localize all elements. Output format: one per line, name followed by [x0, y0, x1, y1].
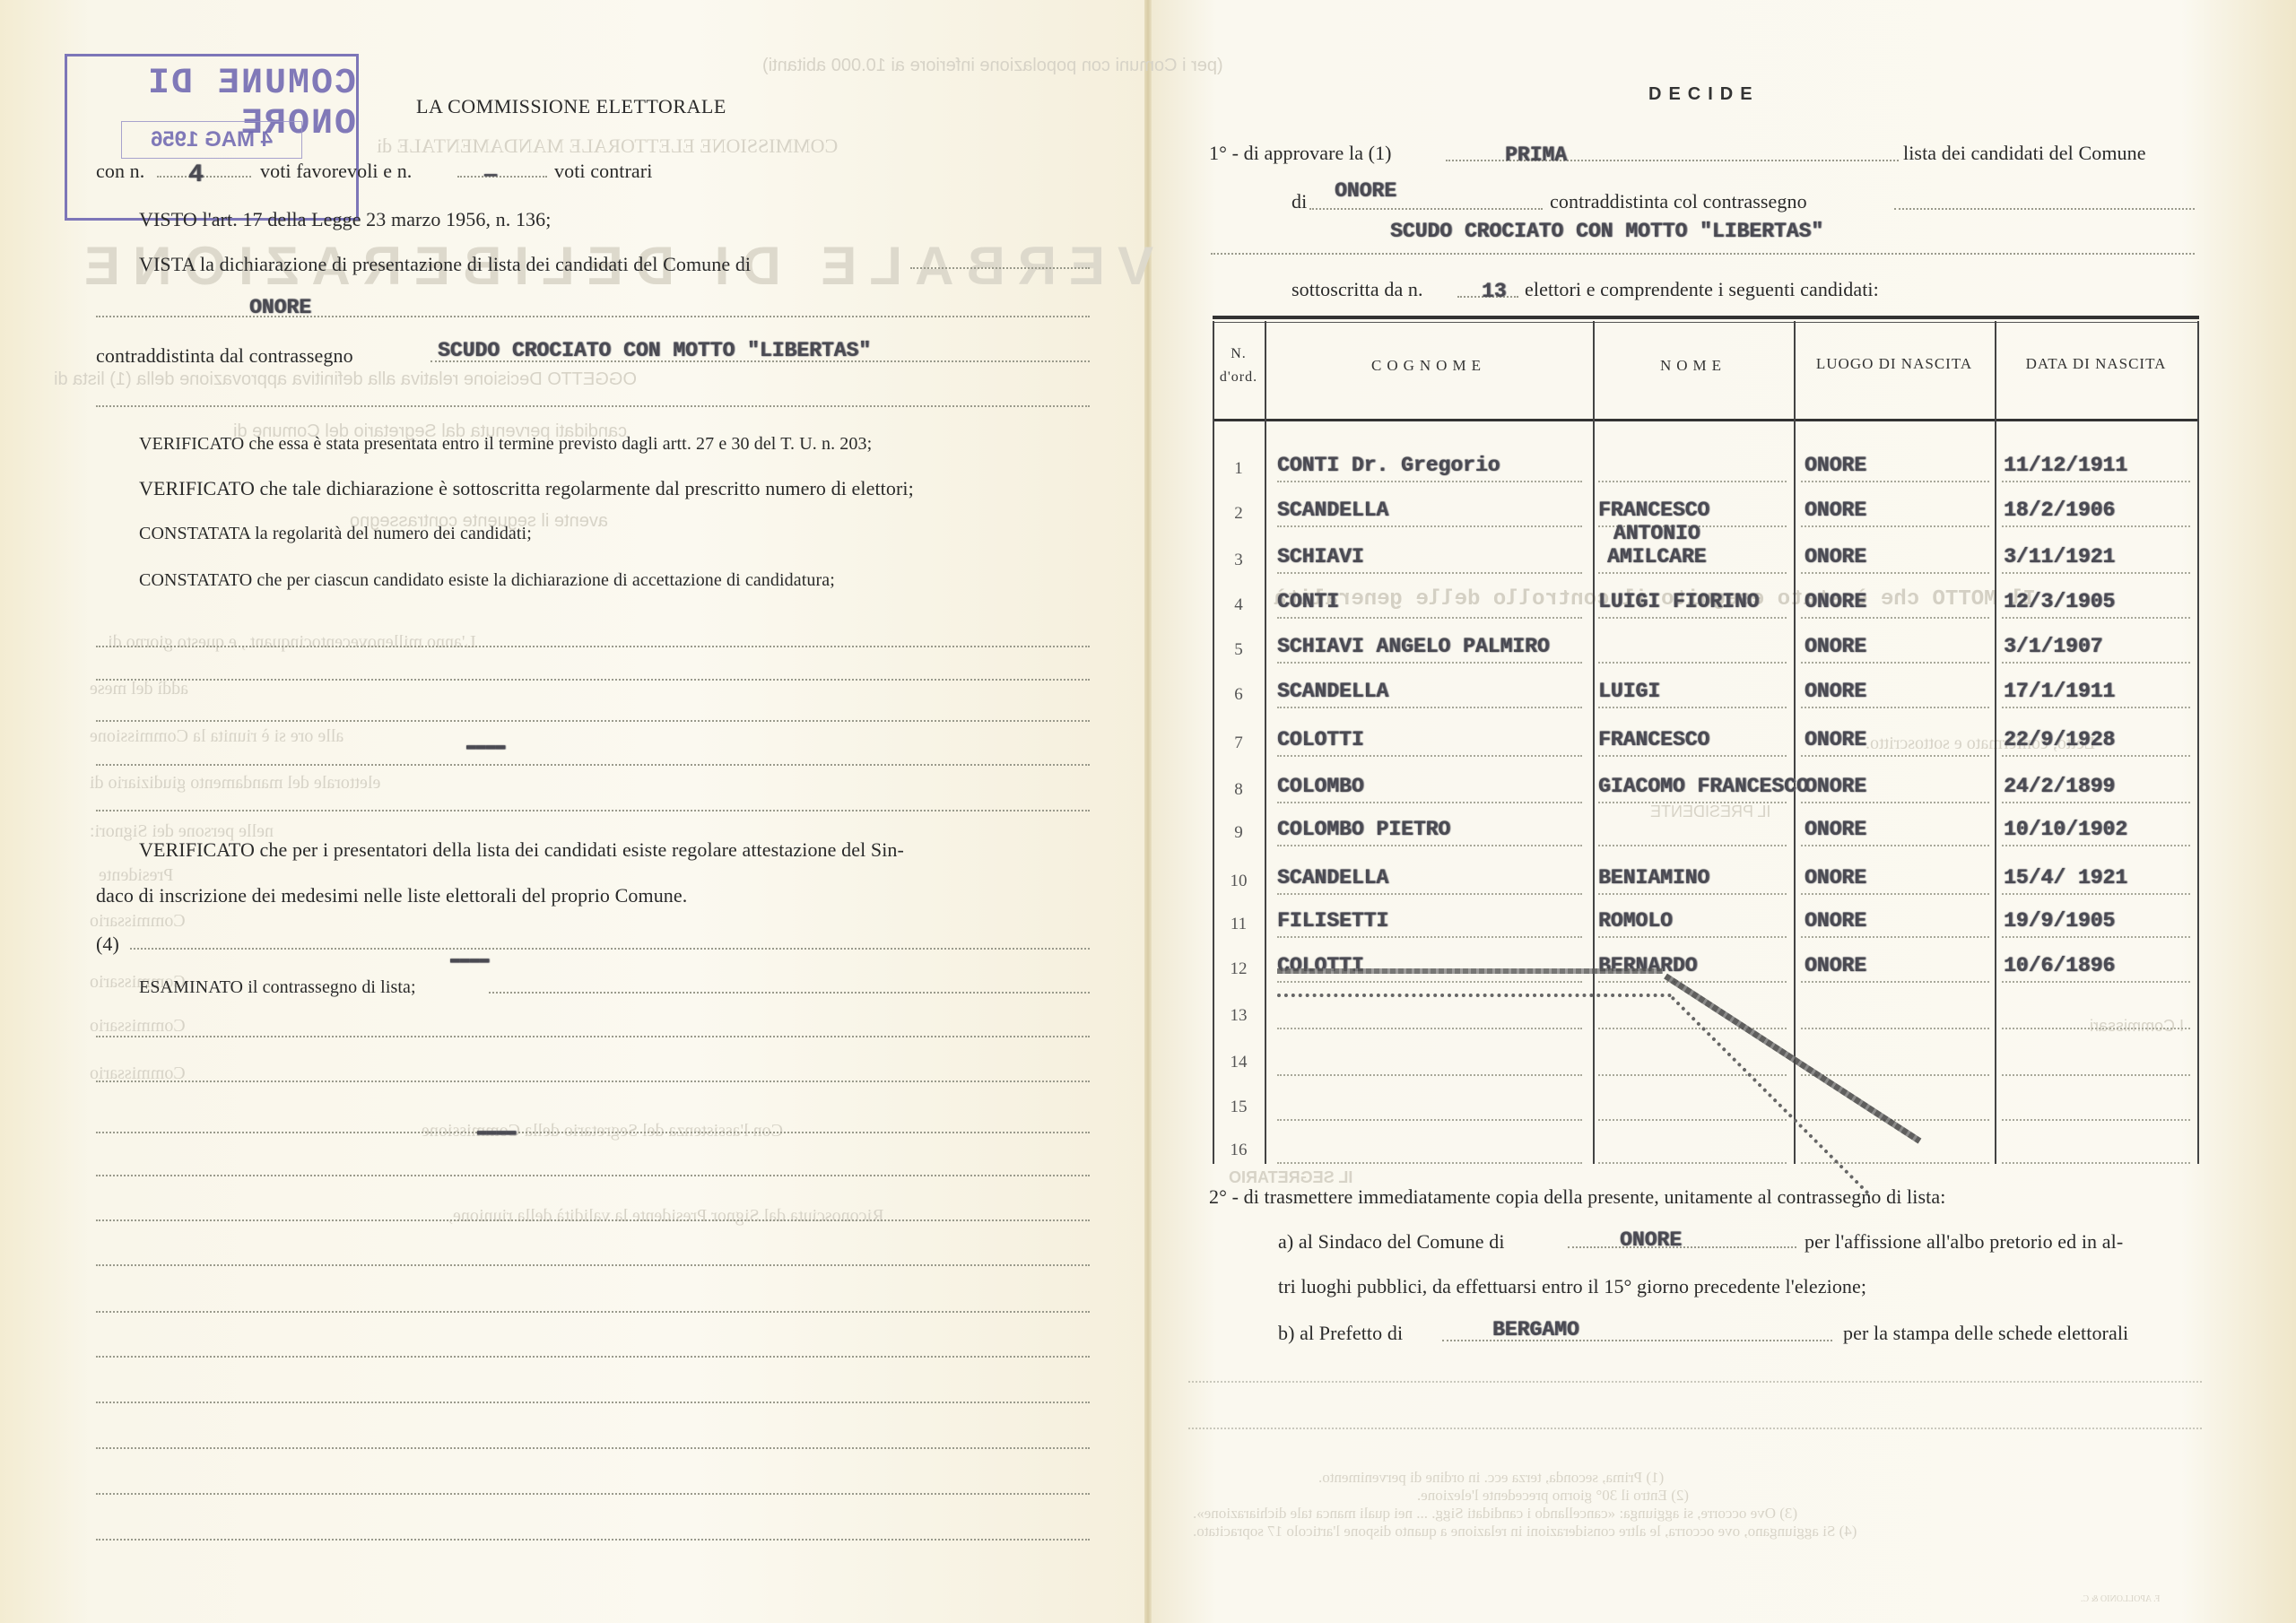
- cell-data: 18/2/1906: [2004, 499, 2115, 522]
- cell-luogo: ONORE: [1805, 866, 1866, 890]
- dotted-line: [1894, 208, 2195, 210]
- header-data: DATA DI NASCITA: [1995, 355, 2197, 373]
- item2b-value: BERGAMO: [1492, 1318, 1579, 1341]
- row-dotted-line: [1598, 755, 1787, 757]
- row-dotted-line: [1598, 893, 1787, 895]
- row-dotted-line: [2002, 481, 2190, 482]
- row-dotted-line: [1801, 845, 1989, 846]
- header-rule: [1266, 419, 1593, 421]
- cell-luogo: ONORE: [1805, 545, 1866, 568]
- row-dotted-line: [1598, 617, 1787, 619]
- cell-cognome: CONTI: [1277, 590, 1339, 613]
- stamp-date: 4 MAG 1956: [121, 121, 302, 159]
- cell-luogo: ONORE: [1805, 680, 1866, 703]
- dotted-line: [1211, 253, 2195, 255]
- table-border: [1265, 321, 1266, 1164]
- decide-heading: DECIDE: [1648, 84, 1760, 105]
- item2a-value: ONORE: [1620, 1228, 1682, 1252]
- cell-cognome: SCANDELLA: [1277, 499, 1388, 522]
- constatata: CONSTATATA la regolarità del numero dei …: [139, 524, 532, 544]
- row-dotted-line: [2002, 1119, 2190, 1121]
- cell-luogo: ONORE: [1805, 590, 1866, 613]
- showthrough-footnote: (4) Si aggiungano, ove occorra, le altre…: [1193, 1523, 1857, 1541]
- row-dotted-line: [2002, 662, 2190, 664]
- comune-value: ONORE: [249, 296, 311, 319]
- cell-cognome: SCANDELLA: [1277, 680, 1388, 703]
- sottoscritta-value: 13: [1482, 280, 1507, 303]
- dotted-line: [130, 948, 1090, 950]
- dotted-line: [96, 1356, 1090, 1358]
- row-dotted-line: [2002, 893, 2190, 895]
- cell-data: 22/9/1928: [2004, 728, 2115, 751]
- votes-middle: voti favorevoli e n.: [260, 160, 412, 183]
- cell-cognome: SCHIAVI: [1277, 545, 1364, 568]
- votes-favorable: 4: [188, 161, 204, 189]
- contrassegno-label: contraddistinta col contrassegno: [1550, 190, 1807, 213]
- row-dotted-line: [1801, 662, 1989, 664]
- dotted-line: [96, 810, 1090, 811]
- cell-cognome: COLOTTI: [1277, 728, 1364, 751]
- cell-luogo: ONORE: [1805, 818, 1866, 841]
- header-rule: [1595, 419, 1794, 421]
- dotted-line: [1568, 1246, 1796, 1248]
- header-num: N. d'ord.: [1213, 343, 1265, 389]
- cell-data: 19/9/1905: [2004, 909, 2115, 933]
- row-dotted-line: [1598, 707, 1787, 708]
- cell-data: 12/3/1905: [2004, 590, 2115, 613]
- item1-value: PRIMA: [1505, 143, 1567, 167]
- cell-luogo: ONORE: [1805, 635, 1866, 658]
- row-dotted-line: [2002, 936, 2190, 938]
- row-dotted-line: [2002, 845, 2190, 846]
- row-dotted-line: [1598, 572, 1787, 574]
- redacted-mark: ▬▬▬▬: [450, 950, 489, 968]
- row-dotted-line: [1801, 1028, 1989, 1029]
- dotted-line: [96, 1447, 1090, 1449]
- row-number: 9: [1216, 823, 1261, 843]
- dotted-line: [157, 176, 251, 178]
- redacted-mark: ▬▬▬▬: [466, 737, 505, 755]
- contrassegno-value: SCUDO CROCIATO CON MOTTO "LIBERTAS": [438, 339, 871, 362]
- row-dotted-line: [1598, 936, 1787, 938]
- verificato-3-line1: VERIFICATO che per i presentatori della …: [139, 838, 904, 862]
- item2a-suffix: per l'affissione all'albo pretorio ed in…: [1805, 1230, 2123, 1254]
- item2a-prefix: a) al Sindaco del Comune di: [1278, 1230, 1505, 1254]
- showthrough-footnote: (3) Ove occorre, si aggiunga: «cancellan…: [1193, 1505, 1797, 1523]
- cell-data: 10/6/1896: [2004, 954, 2115, 977]
- item2a-line2: tri luoghi pubblici, da effettuarsi entr…: [1278, 1275, 1866, 1298]
- dotted-line: [457, 176, 547, 178]
- row-dotted-line: [1801, 1162, 1989, 1164]
- table-border: [1213, 321, 1214, 1164]
- row-dotted-line: [1277, 1162, 1582, 1164]
- row-number: 12: [1216, 959, 1261, 979]
- row-dotted-line: [1277, 572, 1582, 574]
- contrassegno-value: SCUDO CROCIATO CON MOTTO "LIBERTAS": [1390, 220, 1823, 243]
- dotted-line: [96, 1539, 1090, 1541]
- dotted-line: [96, 1081, 1090, 1082]
- di-label: di: [1291, 190, 1307, 213]
- dotted-line: [96, 646, 1090, 647]
- dotted-line: [1188, 1428, 2202, 1429]
- showthrough-line: Riconosciuta dal Signor Presidente la va…: [448, 1206, 883, 1227]
- row-dotted-line: [2002, 707, 2190, 708]
- cell-data: 24/2/1899: [2004, 775, 2115, 798]
- dotted-line: [96, 1311, 1090, 1313]
- dotted-line: [96, 1175, 1090, 1176]
- cell-luogo: ONORE: [1805, 775, 1866, 798]
- table-border: [2197, 321, 2199, 1164]
- dotted-line: [96, 1219, 1090, 1221]
- cell-nome: ROMOLO: [1598, 909, 1673, 933]
- row-dotted-line: [1598, 845, 1787, 846]
- showthrough-footnote: (1) Prima, seconda, terza ecc. in ordine…: [1318, 1469, 1664, 1487]
- item1-suffix: lista dei candidati del Comune: [1903, 142, 2146, 165]
- cell-data: 11/12/1911: [2004, 454, 2127, 477]
- header-rule: [1214, 419, 1265, 421]
- row-dotted-line: [1277, 525, 1582, 527]
- row-number: 14: [1216, 1053, 1261, 1072]
- row-number: 3: [1216, 551, 1261, 570]
- table-border: [1995, 321, 1996, 1164]
- row-dotted-line: [1801, 981, 1989, 983]
- cell-luogo: ONORE: [1805, 454, 1866, 477]
- dotted-line: [1188, 1381, 2202, 1383]
- header-luogo: LUOGO DI NASCITA: [1794, 355, 1995, 373]
- cell-cognome: SCHIAVI ANGELO PALMIRO: [1277, 635, 1550, 658]
- municipal-stamp: COMUNE DI ONORE 4 MAG 1956: [65, 54, 359, 221]
- item2b-suffix: per la stampa delle schede elettorali: [1843, 1322, 2128, 1345]
- dotted-line: [910, 267, 1090, 269]
- row-dotted-line: [1277, 936, 1582, 938]
- row-dotted-line: [1801, 936, 1989, 938]
- row-number: 7: [1216, 733, 1261, 753]
- row-dotted-line: [2002, 755, 2190, 757]
- showthrough-commission: COMMISSIONE ELETTORALE MANDAMENTALE di: [377, 135, 838, 158]
- header-cognome: COGNOME: [1265, 357, 1593, 375]
- row-dotted-line: [1801, 755, 1989, 757]
- row-number: 16: [1216, 1141, 1261, 1160]
- cell-nome: FRANCESCO: [1598, 499, 1709, 522]
- cell-data: 3/1/1907: [2004, 635, 2102, 658]
- row-dotted-line: [1277, 1028, 1582, 1029]
- row-dotted-line: [1598, 981, 1787, 983]
- row-dotted-line: [1277, 981, 1582, 983]
- cell-data: 10/10/1902: [2004, 818, 2127, 841]
- verificato-2: VERIFICATO che tale dichiarazione è sott…: [139, 477, 914, 500]
- row-dotted-line: [1801, 572, 1989, 574]
- dotted-line: [96, 1493, 1090, 1495]
- cell-cognome: CONTI Dr. Gregorio: [1277, 454, 1500, 477]
- row-dotted-line: [1598, 1119, 1787, 1121]
- dotted-line: [96, 1402, 1090, 1403]
- cell-cognome: COLOMBO PIETRO: [1277, 818, 1450, 841]
- row-dotted-line: [2002, 525, 2190, 527]
- cell-cognome: FILISETTI: [1277, 909, 1388, 933]
- row-number: 13: [1216, 1006, 1261, 1026]
- header-rule: [1796, 419, 1995, 421]
- footnote-marker: (4): [96, 933, 119, 956]
- cancel-dots: [1277, 994, 1672, 997]
- cell-cognome: SCANDELLA: [1277, 866, 1388, 890]
- row-dotted-line: [1801, 707, 1989, 708]
- table-rule: [1213, 322, 2199, 323]
- row-dotted-line: [1277, 1119, 1582, 1121]
- cell-cognome: COLOTTI: [1277, 954, 1364, 977]
- cell-luogo: ONORE: [1805, 909, 1866, 933]
- item2b-prefix: b) al Prefetto di: [1278, 1322, 1403, 1345]
- row-dotted-line: [1801, 481, 1989, 482]
- cell-nome: LUIGI FIORINO: [1598, 590, 1759, 613]
- cell-cognome: COLOMBO: [1277, 775, 1364, 798]
- row-dotted-line: [1277, 893, 1582, 895]
- dotted-line: [96, 405, 1090, 407]
- row-number: 15: [1216, 1098, 1261, 1117]
- row-number: 2: [1216, 504, 1261, 524]
- row-dotted-line: [1598, 802, 1787, 803]
- row-dotted-line: [1598, 662, 1787, 664]
- row-number: 5: [1216, 640, 1261, 660]
- showthrough-line: elettorale del mandamento giudiziario di: [90, 773, 380, 794]
- row-dotted-line: [2002, 617, 2190, 619]
- row-dotted-line: [1277, 662, 1582, 664]
- row-dotted-line: [1277, 617, 1582, 619]
- row-dotted-line: [1598, 1074, 1787, 1076]
- cell-nome: GIACOMO FRANCESCO: [1598, 775, 1809, 798]
- row-dotted-line: [2002, 981, 2190, 983]
- showthrough-line: Commissario: [90, 1016, 186, 1037]
- cell-nome: BENIAMINO: [1598, 866, 1709, 890]
- dotted-line: [96, 1036, 1090, 1037]
- constatato: CONSTATATO che per ciascun candidato esi…: [139, 570, 835, 591]
- cell-data: 15/4/ 1921: [2004, 866, 2127, 890]
- cell-data: 3/11/1921: [2004, 545, 2115, 568]
- sottoscritta-prefix: sottoscritta da n.: [1291, 278, 1423, 301]
- cell-data: 17/1/1911: [2004, 680, 2115, 703]
- row-number: 4: [1216, 595, 1261, 615]
- row-dotted-line: [1598, 1162, 1787, 1164]
- di-value: ONORE: [1335, 179, 1396, 203]
- header-rule: [1996, 419, 2197, 421]
- showthrough-line: Commissario: [90, 911, 186, 932]
- row-dotted-line: [1277, 755, 1582, 757]
- item1-prefix: 1° - di approvare la (1): [1209, 142, 1392, 165]
- row-dotted-line: [1801, 802, 1989, 803]
- votes-suffix: voti contrari: [554, 160, 652, 183]
- row-dotted-line: [1801, 1074, 1989, 1076]
- dotted-line: [96, 316, 1090, 317]
- dotted-line: [96, 764, 1090, 766]
- cell-luogo: ONORE: [1805, 499, 1866, 522]
- showthrough-line: Presidente: [99, 865, 173, 886]
- row-number: 1: [1216, 459, 1261, 479]
- cell-luogo: ONORE: [1805, 728, 1866, 751]
- row-dotted-line: [1598, 1028, 1787, 1029]
- votes-prefix: con n.: [96, 160, 144, 183]
- sottoscritta-suffix: elettori e comprendente i seguenti candi…: [1525, 278, 1879, 301]
- dotted-line: [96, 720, 1090, 722]
- cell-nome: ANTONIO AMILCARE: [1607, 522, 1706, 568]
- dotted-line: [489, 992, 1090, 994]
- cancel-strike: [1277, 968, 1663, 974]
- votes-against: —: [484, 163, 497, 187]
- vista-text: VISTA la dichiarazione di presentazione …: [139, 253, 751, 276]
- showthrough-presidente: IL PRESIDENTE: [1650, 803, 1770, 821]
- row-dotted-line: [1801, 893, 1989, 895]
- cell-nome: FRANCESCO: [1598, 728, 1709, 751]
- esaminato: ESAMINATO il contrassegno di lista;: [139, 977, 416, 998]
- showthrough-commissari: I Commissari: [2090, 1017, 2184, 1036]
- row-number: 10: [1216, 872, 1261, 891]
- dotted-line: [96, 1264, 1090, 1266]
- row-dotted-line: [1801, 617, 1989, 619]
- verificato-3-line2: daco di inscrizione dei medesimi nelle l…: [96, 884, 687, 907]
- row-dotted-line: [2002, 1028, 2190, 1029]
- row-dotted-line: [1277, 481, 1582, 482]
- showthrough-line: addì del mese: [90, 679, 188, 699]
- row-dotted-line: [2002, 802, 2190, 803]
- verificato-1: VERIFICATO che essa è stata presentata e…: [139, 434, 872, 455]
- header-nome: NOME: [1593, 357, 1794, 375]
- showthrough-footnote: (2) Entro il 30° giorno precedente l'ele…: [1417, 1487, 1689, 1505]
- contrassegno-label: contraddistinta dal contrassegno: [96, 344, 353, 368]
- item2-text: 2° - di trasmettere immediatamente copia…: [1209, 1185, 1945, 1209]
- row-number: 6: [1216, 685, 1261, 705]
- dotted-line: [96, 1132, 1090, 1133]
- cell-nome: LUIGI: [1598, 680, 1660, 703]
- showthrough-header-note: (per i Comuni con popolazione inferiore …: [762, 56, 1223, 76]
- redacted-mark: ▬▬▬▬: [477, 1123, 516, 1141]
- row-dotted-line: [1801, 525, 1989, 527]
- dotted-line: [96, 679, 1090, 681]
- showthrough-oggetto: OGGETTO Decisione relativa alla definiti…: [54, 369, 637, 390]
- row-dotted-line: [1598, 481, 1787, 482]
- table-rule: [1213, 316, 2199, 319]
- visto-text: VISTO l'art. 17 della Legge 23 marzo 195…: [139, 208, 551, 231]
- showthrough-line: alle ore si è riunita la Commissione: [90, 726, 344, 747]
- dotted-line: [1309, 208, 1543, 210]
- showthrough-printer: F. APOLLONIO & C.: [2081, 1594, 2160, 1604]
- row-dotted-line: [2002, 572, 2190, 574]
- table-border: [1794, 321, 1796, 1164]
- row-dotted-line: [1277, 802, 1582, 803]
- row-dotted-line: [2002, 1074, 2190, 1076]
- cell-nome: BERNARDO: [1598, 954, 1697, 977]
- row-dotted-line: [1277, 1074, 1582, 1076]
- row-dotted-line: [1277, 845, 1582, 846]
- showthrough-segretario: IL SEGRETARIO: [1229, 1168, 1352, 1187]
- row-number: 11: [1216, 915, 1261, 934]
- table-border: [1593, 321, 1595, 1164]
- row-dotted-line: [1277, 707, 1582, 708]
- page-title: LA COMMISSIONE ELETTORALE: [416, 95, 726, 118]
- showthrough-line: L'anno millenovecentocinquant , e questo…: [108, 632, 476, 653]
- row-number: 8: [1216, 780, 1261, 800]
- cell-luogo: ONORE: [1805, 954, 1866, 977]
- row-dotted-line: [2002, 1162, 2190, 1164]
